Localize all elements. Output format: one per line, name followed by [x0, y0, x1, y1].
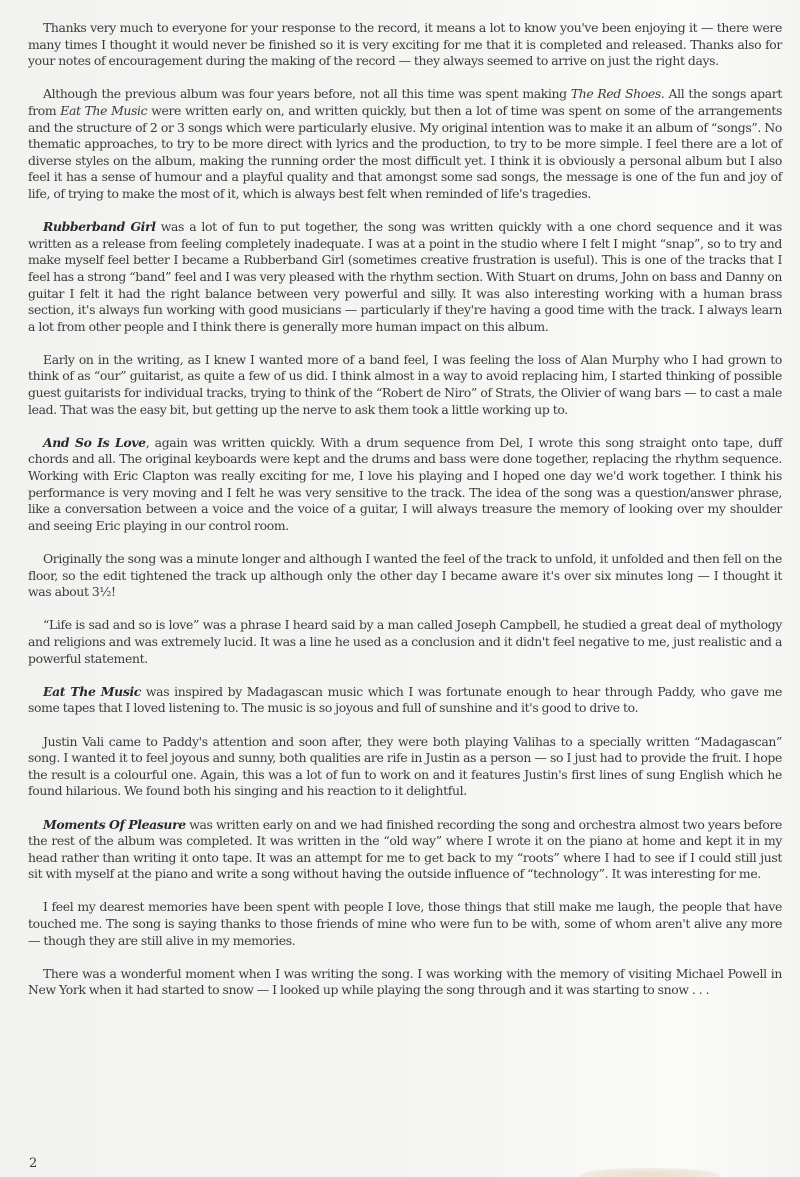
paragraph-joseph-campbell: “Life is sad and so is love” was a phras…: [28, 617, 782, 667]
paragraph-text: There was a wonderful moment when I was …: [28, 966, 782, 998]
paragraph-text: Justin Vali came to Paddy's attention an…: [28, 734, 782, 799]
album-title-the-red-shoes: The Red Shoes: [571, 86, 661, 101]
document-body: Thanks very much to everyone for your re…: [28, 20, 782, 1016]
page-number: 2: [29, 1156, 37, 1171]
paragraph-text: I feel my dearest memories have been spe…: [28, 899, 782, 947]
paragraph-rubberband-girl: Rubberband Girl was a lot of fun to put …: [28, 219, 782, 335]
song-title-rubberband-girl: Rubberband Girl: [43, 219, 156, 234]
paragraph-text: was inspired by Madagascan music which I…: [28, 684, 782, 716]
paragraph-eat-the-music: Eat The Music was inspired by Madagascan…: [28, 684, 782, 717]
paper-stain: [580, 1168, 720, 1177]
paragraph-michael-powell: There was a wonderful moment when I was …: [28, 966, 782, 999]
paragraph-alan-murphy: Early on in the writing, as I knew I wan…: [28, 352, 782, 418]
paragraph-text: Early on in the writing, as I knew I wan…: [28, 352, 782, 417]
paragraph-moments-of-pleasure: Moments Of Pleasure was written early on…: [28, 817, 782, 883]
paragraph-previous-album: Although the previous album was four yea…: [28, 86, 782, 202]
song-title-and-so-is-love: And So Is Love: [43, 435, 146, 450]
paragraph-text: Originally the song was a minute longer …: [28, 551, 782, 599]
song-title-moments-of-pleasure: Moments Of Pleasure: [43, 817, 186, 832]
song-title-eat-the-music: Eat The Music: [43, 684, 141, 699]
paragraph-song-length: Originally the song was a minute longer …: [28, 551, 782, 601]
paragraph-text: was a lot of fun to put together, the so…: [28, 219, 782, 334]
paragraph-and-so-is-love: And So Is Love, again was written quickl…: [28, 435, 782, 535]
paragraph-dearest-memories: I feel my dearest memories have been spe…: [28, 899, 782, 949]
song-reference-eat-the-music: Eat The Music: [60, 103, 147, 118]
paragraph-justin-vali: Justin Vali came to Paddy's attention an…: [28, 734, 782, 800]
paragraph-thanks: Thanks very much to everyone for your re…: [28, 20, 782, 70]
paragraph-text: “Life is sad and so is love” was a phras…: [28, 617, 782, 665]
paragraph-text: Although the previous album was four yea…: [43, 86, 571, 101]
paragraph-text: Thanks very much to everyone for your re…: [28, 20, 782, 68]
